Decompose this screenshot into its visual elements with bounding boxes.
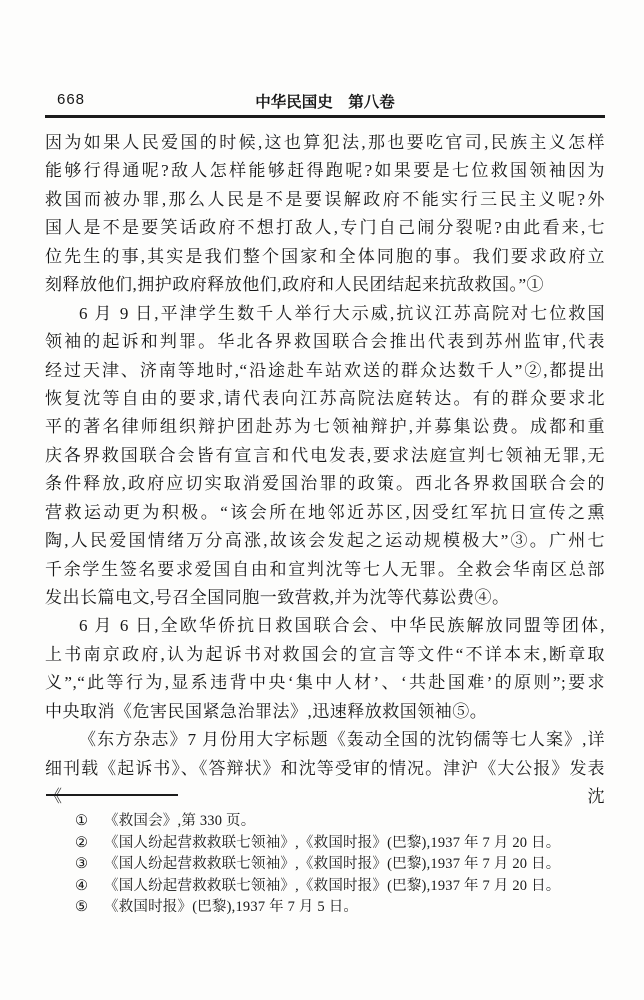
body-text-line: 位先生的事,其实是我们整个国家和全体同胞的事。我们要求政府立 (45, 243, 605, 271)
body-text-line: 千余学生签名要求爱国自由和宣判沈等七人无罪。全救会华南区总部 (45, 556, 605, 584)
body-text-line: 发出长篇电文,号召全国同胞一致营救,并为沈等代募讼费④。 (45, 584, 605, 612)
body-text-line: 救国而被办罪,那么人民是不是要误解政府不能实行三民主义呢?外 (45, 186, 605, 214)
footnote: ③ 《国人纷起营救救联七领袖》,《救国时报》(巴黎),1937 年 7 月 20… (75, 854, 620, 876)
body-text: 因为如果人民爱国的时候,这也算犯法,那也要吃官司,民族主义怎样 能够行得通呢?敌… (45, 129, 605, 783)
body-text-line: 营救运动更为积极。“该会所在地邻近苏区,因受红军抗日宣传之熏 (45, 499, 605, 527)
body-text-line: 平的著名律师组织辩护团赴苏为七领袖辩护,并募集讼费。成都和重 (45, 413, 605, 441)
body-text-line: 6 月 6 日,全欧华侨抗日救国联合会、中华民族解放同盟等团体, (45, 612, 605, 640)
footnote-marker: ⑤ (75, 897, 104, 919)
footnote-marker: ① (75, 811, 104, 833)
footnote: ④ 《国人纷起营救救联七领袖》,《救国时报》(巴黎),1937 年 7 月 20… (75, 876, 620, 898)
body-text-line: 庆各界救国联合会皆有宣言和代电发表,要求法庭宣判七领袖无罪,无 (45, 442, 605, 470)
running-title: 中华民国史 第八卷 (45, 90, 605, 112)
footnote-text: 《国人纷起营救救联七领袖》,《救国时报》(巴黎),1937 年 7 月 20 日… (104, 854, 560, 876)
body-text-line: 中央取消《危害民国紧急治罪法》,迅速释放救国领袖⑤。 (45, 698, 605, 726)
body-text-line: 《东方杂志》7 月份用大字标题《轰动全国的沈钧儒等七人案》,详 (45, 726, 605, 754)
footnote-marker: ③ (75, 854, 104, 876)
body-text-line: 经过天津、济南等地时,“沿途赴车站欢送的群众达数千人”②,都提出 (45, 357, 605, 385)
body-text-line: 国人是不是要笑话政府不想打敌人,专门自己闹分裂呢?由此看来,七 (45, 214, 605, 242)
body-text-line: 6 月 9 日,平津学生数千人举行大示威,抗议江苏高院对七位救国 (45, 300, 605, 328)
body-text-line: 刻释放他们,拥护政府释放他们,政府和人民团结起来抗敌救国。”① (45, 271, 605, 299)
footnotes: ① 《救国会》,第 330 页。 ② 《国人纷起营救救联七领袖》,《救国时报》(… (75, 811, 620, 919)
body-text-line: 上书南京政府,认为起诉书对救国会的宣言等文件“不详本末,断章取 (45, 641, 605, 669)
body-text-line: 义”,“此等行为,显系违背中央‘集中人材’、‘共赴国难’的原则”;要求 (45, 669, 605, 697)
body-text-line: 领袖的起诉和判罪。华北各界救国联合会推出代表到苏州监审,代表 (45, 328, 605, 356)
footnote-marker: ④ (75, 876, 104, 898)
body-text-line: 条件释放,政府应切实取消爱国治罪的政策。西北各界救国联合会的 (45, 470, 605, 498)
body-text-line: 细刊载《起诉书》、《答辩状》和沈等受审的情况。津沪《大公报》发表《沈 (45, 755, 605, 783)
body-text-line: 陶,人民爱国情绪万分高涨,故该会发起之运动规模极大”③。广州七 (45, 527, 605, 555)
footnote-text: 《救国时报》(巴黎),1937 年 7 月 5 日。 (104, 897, 358, 919)
header-rule (45, 115, 605, 118)
book-page: 668 中华民国史 第八卷 因为如果人民爱国的时候,这也算犯法,那也要吃官司,民… (0, 0, 644, 1000)
footnote-text: 《救国会》,第 330 页。 (104, 811, 255, 833)
body-text-line: 能够行得通呢?敌人怎样能够赶得跑呢?如果要是七位救国领袖因为 (45, 157, 605, 185)
footnote-text: 《国人纷起营救救联七领袖》,《救国时报》(巴黎),1937 年 7 月 20 日… (104, 876, 560, 898)
body-text-line: 因为如果人民爱国的时候,这也算犯法,那也要吃官司,民族主义怎样 (45, 129, 605, 157)
footnote-marker: ② (75, 833, 104, 855)
body-text-line: 恢复沈等自由的要求,请代表向江苏高院法庭转达。有的群众要求北 (45, 385, 605, 413)
footnote-text: 《国人纷起营救救联七领袖》,《救国时报》(巴黎),1937 年 7 月 20 日… (104, 833, 560, 855)
footnote: ② 《国人纷起营救救联七领袖》,《救国时报》(巴黎),1937 年 7 月 20… (75, 833, 620, 855)
footnote: ① 《救国会》,第 330 页。 (75, 811, 620, 833)
page-header: 668 中华民国史 第八卷 (45, 90, 605, 110)
footnote: ⑤ 《救国时报》(巴黎),1937 年 7 月 5 日。 (75, 897, 620, 919)
footnote-separator-rule (46, 794, 178, 796)
